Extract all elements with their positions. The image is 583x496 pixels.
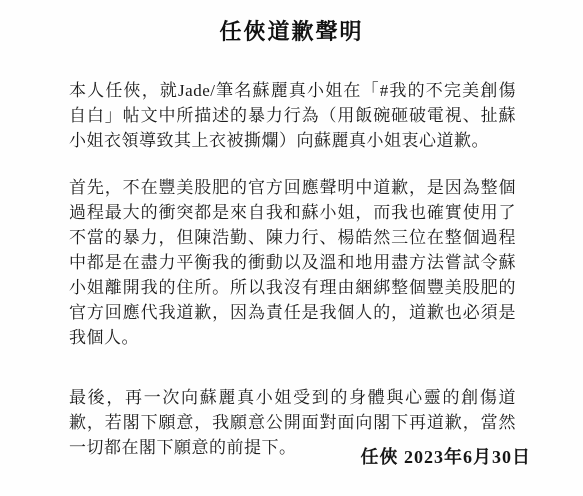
document-title: 任俠道歉聲明	[0, 0, 583, 46]
apology-statement-document: 任俠道歉聲明 本人任俠，就Jade/筆名蘇麗真小姐在「#我的不完美創傷自白」帖文…	[0, 0, 583, 496]
signature-and-date: 任俠 2023年6月30日	[361, 443, 532, 469]
paragraph-explanation: 首先，不在豐美股肥的官方回應聲明中道歉，是因為整個過程最大的衝突都是來自我和蘇小…	[69, 175, 516, 350]
paragraph-apology-intro: 本人任俠，就Jade/筆名蘇麗真小姐在「#我的不完美創傷自白」帖文中所描述的暴力…	[69, 78, 516, 153]
document-body: 本人任俠，就Jade/筆名蘇麗真小姐在「#我的不完美創傷自白」帖文中所描述的暴力…	[69, 78, 516, 460]
